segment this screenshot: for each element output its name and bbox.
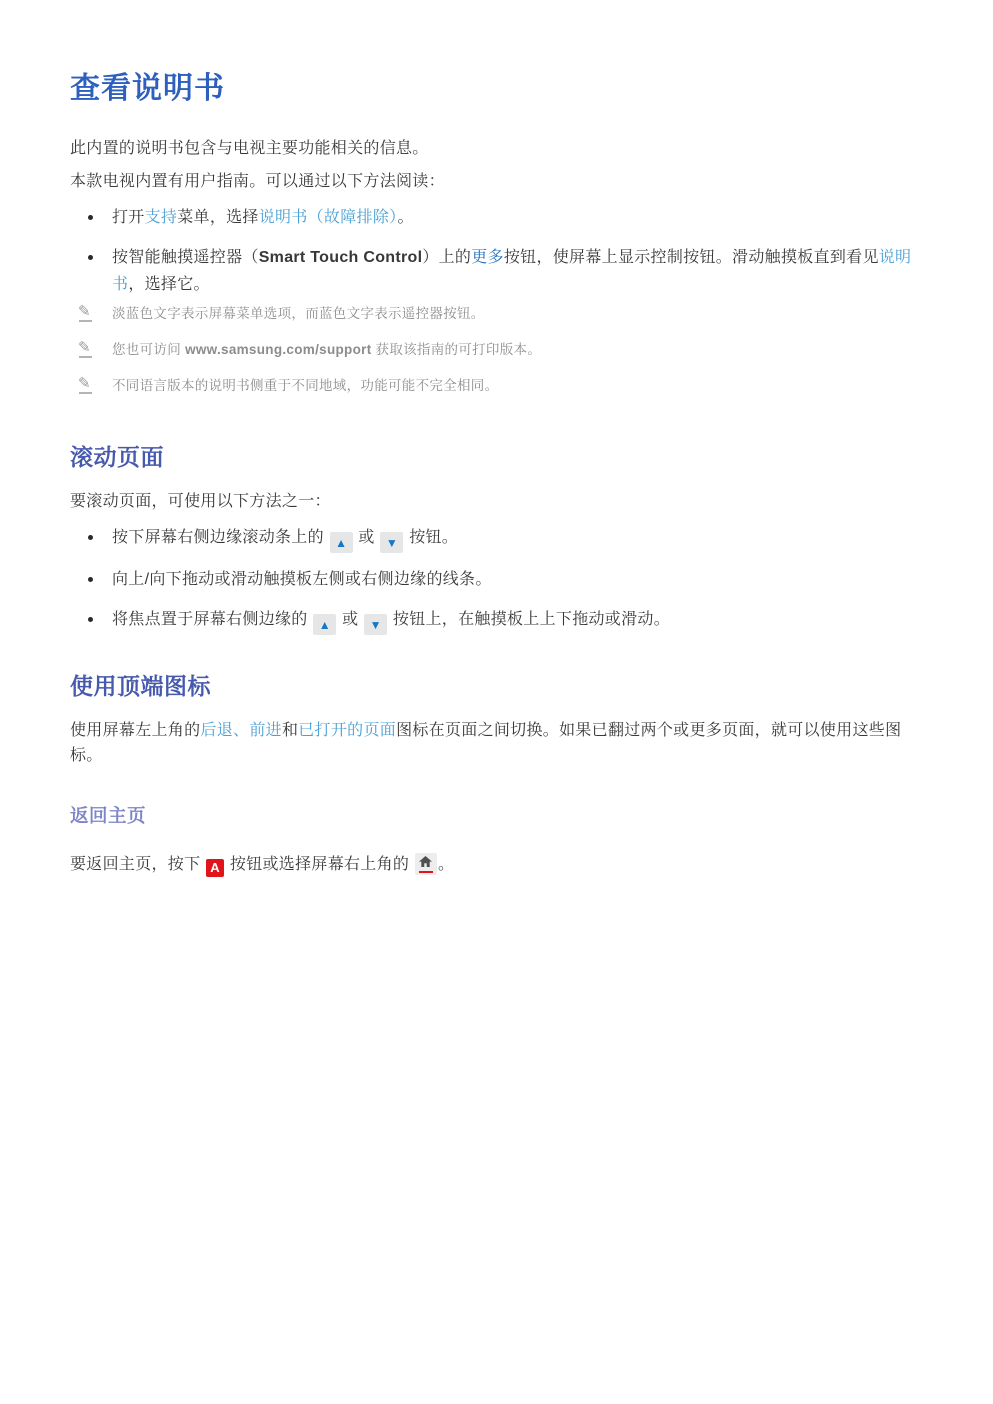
note-row: ✎ 不同语言版本的说明书侧重于不同地域，功能可能不完全相同。	[70, 376, 927, 395]
section-heading-scroll: 滚动页面	[70, 445, 927, 470]
scroll-intro: 要滚动页面，可使用以下方法之一：	[70, 491, 927, 513]
up-triangle-icon: ▲	[319, 615, 331, 636]
list-item-text: 打开支持菜单，选择说明书（故障排除）。	[112, 209, 414, 226]
list-item: 打开支持菜单，选择说明书（故障排除）。	[70, 204, 927, 231]
pencil-icon: ✎	[78, 302, 91, 321]
emphasis-text: www.samsung.com/support	[185, 342, 371, 357]
list-item: 向上/向下拖动或滑动触摸板左侧或右侧边缘的线条。	[70, 566, 927, 593]
text-run: 您也可访问	[112, 342, 185, 357]
page-title: 查看说明书	[70, 73, 927, 105]
emphasis-text: Smart Touch Control	[259, 249, 423, 266]
bullet-icon	[88, 255, 93, 260]
list-item: 按下屏幕右侧边缘滚动条上的 ▲ 或 ▼ 按钮。	[70, 524, 927, 553]
section-heading-top-icons: 使用顶端图标	[70, 674, 927, 699]
pencil-icon: ✎	[78, 338, 91, 357]
remote-button-link[interactable]: 更多	[471, 249, 504, 266]
manual-page: 查看说明书 此内置的说明书包含与电视主要功能相关的信息。 本款电视内置有用户指南…	[0, 0, 993, 1404]
notes-block: ✎ 淡蓝色文字表示屏幕菜单选项，而蓝色文字表示遥控器按钮。 ✎ 您也可访问 ww…	[70, 304, 927, 395]
text-run: 按钮。	[404, 529, 458, 546]
scroll-methods-list: 按下屏幕右侧边缘滚动条上的 ▲ 或 ▼ 按钮。 向上/向下拖动或滑动触摸板左侧或…	[70, 524, 927, 635]
text-run: 不同语言版本的说明书侧重于不同地域，功能可能不完全相同。	[112, 378, 498, 393]
text-run: 淡蓝色文字表示屏幕菜单选项，而蓝色文字表示遥控器按钮。	[112, 306, 485, 321]
text-run: 。	[438, 856, 454, 873]
home-paragraph: 要返回主页，按下 A 按钮或选择屏幕右上角的 。	[70, 851, 927, 878]
top-icons-paragraph: 使用屏幕左上角的后退、前进和已打开的页面图标在页面之间切换。如果已翻过两个或更多…	[70, 718, 927, 768]
screen-menu-link[interactable]: 前进	[249, 722, 282, 739]
text-run: ）上的	[422, 249, 471, 266]
text-run: 要返回主页，按下	[70, 856, 205, 873]
text-run: 。	[397, 209, 413, 226]
scroll-up-button-icon: ▲	[330, 532, 353, 553]
text-run: 和	[282, 722, 298, 739]
text-run: 按钮，使屏幕上显示控制按钮。滑动触摸板直到看见	[504, 249, 879, 266]
list-item-text: 按下屏幕右侧边缘滚动条上的 ▲ 或 ▼ 按钮。	[112, 529, 458, 546]
text-run: 向上/向下拖动或滑动触摸板左侧或右侧边缘的线条。	[112, 571, 492, 588]
note-text: 您也可访问 www.samsung.com/support 获取该指南的可打印版…	[112, 342, 541, 357]
down-triangle-icon: ▼	[386, 533, 398, 554]
screen-menu-link[interactable]: 、	[233, 722, 249, 739]
bullet-icon	[88, 215, 93, 220]
text-run: ，选择它。	[128, 276, 210, 293]
text-run: 菜单，选择	[177, 209, 259, 226]
subsection-heading-home: 返回主页	[70, 806, 927, 826]
text-run: 按智能触摸遥控器（	[112, 249, 259, 266]
home-icon	[415, 853, 437, 875]
text-run: 打开	[112, 209, 145, 226]
screen-menu-link[interactable]: 已打开的页面	[298, 722, 396, 739]
list-item: 按智能触摸遥控器（Smart Touch Control）上的更多按钮，使屏幕上…	[70, 244, 927, 298]
note-text: 不同语言版本的说明书侧重于不同地域，功能可能不完全相同。	[112, 378, 498, 393]
note-row: ✎ 淡蓝色文字表示屏幕菜单选项，而蓝色文字表示遥控器按钮。	[70, 304, 927, 323]
a-red-button-icon: A	[206, 859, 224, 877]
up-triangle-icon: ▲	[335, 533, 347, 554]
screen-menu-link[interactable]: 后退	[200, 722, 233, 739]
screen-menu-link[interactable]: 说明书（故障排除）	[259, 209, 398, 226]
text-run: 按钮上，在触摸板上上下拖动或滑动。	[388, 611, 670, 628]
note-text: 淡蓝色文字表示屏幕菜单选项，而蓝色文字表示遥控器按钮。	[112, 306, 485, 321]
read-methods-list: 打开支持菜单，选择说明书（故障排除）。 按智能触摸遥控器（Smart Touch…	[70, 204, 927, 298]
screen-menu-link[interactable]: 支持	[145, 209, 178, 226]
text-run: 按下屏幕右侧边缘滚动条上的	[112, 529, 329, 546]
scroll-down-button-icon: ▼	[380, 532, 403, 553]
intro-line-2: 本款电视内置有用户指南。可以通过以下方法阅读：	[70, 171, 927, 193]
list-item-text: 将焦点置于屏幕右侧边缘的 ▲ 或 ▼ 按钮上，在触摸板上上下拖动或滑动。	[112, 611, 670, 628]
text-run: 获取该指南的可打印版本。	[371, 342, 541, 357]
text-run: 或	[337, 611, 363, 628]
down-triangle-icon: ▼	[370, 615, 382, 636]
intro-line-1: 此内置的说明书包含与电视主要功能相关的信息。	[70, 138, 927, 160]
list-item-text: 向上/向下拖动或滑动触摸板左侧或右侧边缘的线条。	[112, 571, 492, 588]
home-underline	[419, 871, 433, 873]
scroll-up-button-icon: ▲	[313, 614, 336, 635]
list-item-text: 按智能触摸遥控器（Smart Touch Control）上的更多按钮，使屏幕上…	[112, 249, 911, 293]
bullet-icon	[88, 577, 93, 582]
text-run: 使用屏幕左上角的	[70, 722, 200, 739]
bullet-icon	[88, 617, 93, 622]
pencil-icon: ✎	[78, 374, 91, 393]
text-run: 将焦点置于屏幕右侧边缘的	[112, 611, 312, 628]
text-run: 或	[354, 529, 380, 546]
list-item: 将焦点置于屏幕右侧边缘的 ▲ 或 ▼ 按钮上，在触摸板上上下拖动或滑动。	[70, 606, 927, 635]
scroll-down-button-icon: ▼	[364, 614, 387, 635]
bullet-icon	[88, 535, 93, 540]
note-row: ✎ 您也可访问 www.samsung.com/support 获取该指南的可打…	[70, 340, 927, 359]
text-run: 按钮或选择屏幕右上角的	[225, 856, 414, 873]
